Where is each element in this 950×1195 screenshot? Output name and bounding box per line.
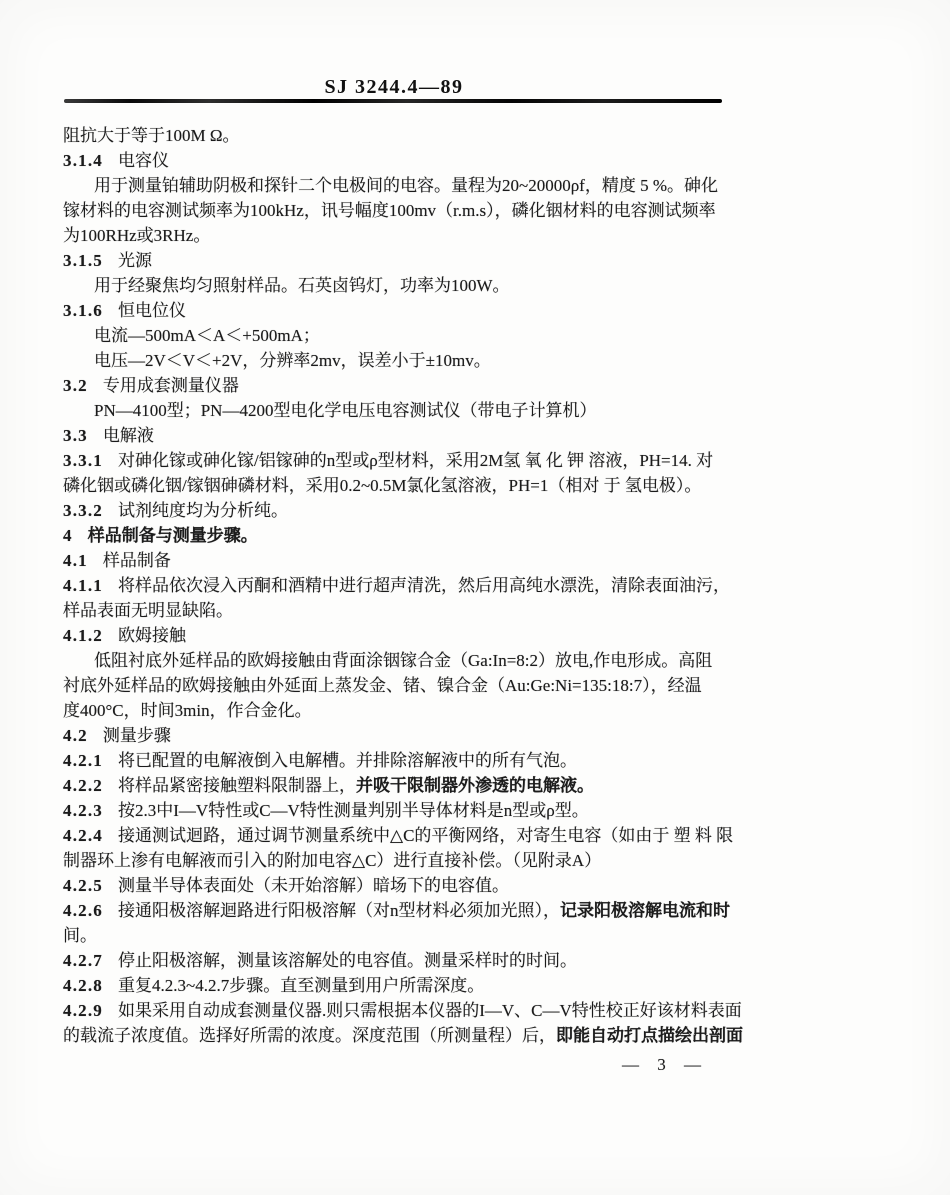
line-text-emphasis: 记录阳极溶解电流和时 [560, 901, 730, 920]
section-paragraph: 4.2.5测量半导体表面处（未开始溶解）暗场下的电容值。 [63, 873, 733, 898]
text-line: 样品表面无明显缺陷。 [63, 598, 733, 623]
text-line: 为100RHz或3RHz。 [63, 223, 733, 248]
section-heading: 3.3电解液 [63, 423, 733, 448]
line-text: 磷化铟或磷化铟/镓铟砷磷材料，采用0.2~0.5M氯化氢溶液，PH=1（相对 于… [63, 476, 701, 495]
line-text: 样品表面无明显缺陷。 [63, 601, 233, 620]
line-text: 电压—2V＜V＜+2V，分辨率2mv，误差小于±10mv。 [94, 351, 491, 370]
section-number: 4.2.1 [63, 751, 103, 770]
section-title: 电解液 [103, 426, 154, 445]
section-number: 3.2 [63, 376, 88, 395]
line-text-emphasis: 并吸干限制器外渗透的电解液。 [356, 776, 594, 795]
section-number: 3.3 [63, 426, 88, 445]
line-text: 阻抗大于等于100M Ω。 [63, 126, 240, 145]
section-number: 4.2.8 [63, 976, 103, 995]
line-text: 如果采用自动成套测量仪器.则只需根据本仪器的I—V、C—V特性校正好该材料表面 [118, 1001, 742, 1020]
section-title: 欧姆接触 [118, 626, 186, 645]
text-line: 的载流子浓度值。选择好所需的浓度。深度范围（所测量程）后，即能自动打点描绘出剖面 [63, 1023, 733, 1048]
section-number: 3.1.4 [63, 151, 103, 170]
section-number: 4.2.4 [63, 826, 103, 845]
line-text: 接通测试迴路，通过调节测量系统中△C的平衡网络，对寄生电容（如由于 塑 料 限 [118, 826, 733, 845]
text-line: 电压—2V＜V＜+2V，分辨率2mv，误差小于±10mv。 [63, 348, 733, 373]
document-body: 阻抗大于等于100M Ω。 3.1.4电容仪 用于测量铂辅助阴极和探针二个电极间… [63, 123, 733, 1048]
section-heading: 3.1.5光源 [63, 248, 733, 273]
line-text: 用于经聚焦均匀照射样品。石英卤钨灯，功率为100W。 [94, 276, 510, 295]
section-number: 4.2.3 [63, 801, 103, 820]
section-title: 恒电位仪 [118, 301, 186, 320]
section-heading: 4.2测量步骤 [63, 723, 733, 748]
section-number: 3.1.6 [63, 301, 103, 320]
section-title: 样品制备与测量步骤。 [88, 526, 258, 545]
text-line: 间。 [63, 923, 733, 948]
text-line: 镓材料的电容测试频率为100kHz，讯号幅度100mv（r.m.s），磷化铟材料… [63, 198, 733, 223]
section-number: 4.1 [63, 551, 88, 570]
line-text: 为100RHz或3RHz。 [63, 226, 210, 245]
text-line: 衬底外延样品的欧姆接触由外延面上蒸发金、锗、镍合金（Au:Ge:Ni=135:1… [63, 673, 733, 698]
section-number: 4.2.5 [63, 876, 103, 895]
chapter-heading: 4样品制备与测量步骤。 [63, 523, 733, 548]
section-number: 4.2.2 [63, 776, 103, 795]
line-text: 接通阳极溶解迴路进行阳极溶解（对n型材料必须加光照）， [118, 901, 560, 920]
section-paragraph: 4.2.1将已配置的电解液倒入电解槽。并排除溶解液中的所有气泡。 [63, 748, 733, 773]
section-number: 3.3.2 [63, 501, 103, 520]
line-text: 度400°C，时间3min，作合金化。 [63, 701, 312, 720]
section-title: 光源 [118, 251, 152, 270]
doc-code: SJ 3244.4—89 [63, 76, 725, 99]
line-text: 试剂纯度均为分析纯。 [118, 501, 288, 520]
line-text: 将样品依次浸入丙酮和酒精中进行超声清洗，然后用高纯水漂洗，清除表面油污， [118, 576, 730, 595]
line-text: 测量半导体表面处（未开始溶解）暗场下的电容值。 [118, 876, 509, 895]
section-title: 电容仪 [118, 151, 169, 170]
line-text: 低阻衬底外延样品的欧姆接触由背面涂铟镓合金（Ga:In=8:2）放电,作电形成。… [94, 651, 712, 670]
section-heading: 4.1.2欧姆接触 [63, 623, 733, 648]
section-number: 4.2.9 [63, 1001, 103, 1020]
line-text: 间。 [63, 926, 97, 945]
section-number: 4.2.6 [63, 901, 103, 920]
section-number: 4.2.7 [63, 951, 103, 970]
line-text: 重复4.2.3~4.2.7步骤。直至测量到用户所需深度。 [118, 976, 484, 995]
section-paragraph: 4.2.3按2.3中I—V特性或C—V特性测量判别半导体材料是n型或ρ型。 [63, 798, 733, 823]
line-text: 将样品紧密接触塑料限制器上， [118, 776, 356, 795]
section-title: 专用成套测量仪器 [103, 376, 239, 395]
line-text: 镓材料的电容测试频率为100kHz，讯号幅度100mv（r.m.s），磷化铟材料… [63, 201, 716, 220]
section-number: 3.1.5 [63, 251, 103, 270]
section-heading: 3.2专用成套测量仪器 [63, 373, 733, 398]
section-paragraph: 4.2.4接通测试迴路，通过调节测量系统中△C的平衡网络，对寄生电容（如由于 塑… [63, 823, 733, 848]
line-text: 对砷化镓或砷化镓/铝镓砷的n型或ρ型材料，采用2M氢 氧 化 钾 溶液，PH=1… [118, 451, 713, 470]
line-text: 停止阳极溶解，测量该溶解处的电容值。测量采样时的时间。 [118, 951, 577, 970]
line-text: 电流—500mA＜A＜+500mA； [94, 326, 320, 345]
line-text-emphasis: 即能自动打点描绘出剖面 [556, 1026, 743, 1045]
section-title: 样品制备 [103, 551, 171, 570]
text-line: 度400°C，时间3min，作合金化。 [63, 698, 733, 723]
header-rule [64, 99, 722, 103]
line-text: PN—4100型；PN—4200型电化学电压电容测试仪（带电子计算机） [94, 401, 596, 420]
section-number: 4.1.2 [63, 626, 103, 645]
line-text: 用于测量铂辅助阴极和探针二个电极间的电容。量程为20~20000ρf，精度 5 … [94, 176, 718, 195]
text-line: 电流—500mA＜A＜+500mA； [63, 323, 733, 348]
line-text: 衬底外延样品的欧姆接触由外延面上蒸发金、锗、镍合金（Au:Ge:Ni=135:1… [63, 676, 702, 695]
line-text: 将已配置的电解液倒入电解槽。并排除溶解液中的所有气泡。 [118, 751, 577, 770]
section-title: 测量步骤 [103, 726, 171, 745]
text-line: 用于经聚焦均匀照射样品。石英卤钨灯，功率为100W。 [63, 273, 733, 298]
section-number: 4.2 [63, 726, 88, 745]
scanned-document-page: SJ 3244.4—89 阻抗大于等于100M Ω。 3.1.4电容仪 用于测量… [0, 0, 950, 1195]
line-text: 的载流子浓度值。选择好所需的浓度。深度范围（所测量程）后， [63, 1026, 556, 1045]
section-number: 3.3.1 [63, 451, 103, 470]
text-line: 制器环上渗有电解液而引入的附加电容△C）进行直接补偿。（见附录A） [63, 848, 733, 873]
section-number: 4.1.1 [63, 576, 103, 595]
line-text: 按2.3中I—V特性或C—V特性测量判别半导体材料是n型或ρ型。 [118, 801, 589, 820]
section-number: 4 [63, 526, 73, 545]
section-paragraph: 4.2.7停止阳极溶解，测量该溶解处的电容值。测量采样时的时间。 [63, 948, 733, 973]
page-number: — 3 — [63, 1055, 708, 1075]
text-line: 用于测量铂辅助阴极和探针二个电极间的电容。量程为20~20000ρf，精度 5 … [63, 173, 733, 198]
text-line: 磷化铟或磷化铟/镓铟砷磷材料，采用0.2~0.5M氯化氢溶液，PH=1（相对 于… [63, 473, 733, 498]
section-heading: 3.1.6恒电位仪 [63, 298, 733, 323]
section-paragraph: 4.2.2将样品紧密接触塑料限制器上，并吸干限制器外渗透的电解液。 [63, 773, 733, 798]
line-text: 制器环上渗有电解液而引入的附加电容△C）进行直接补偿。（见附录A） [63, 851, 601, 870]
section-paragraph: 3.3.2试剂纯度均为分析纯。 [63, 498, 733, 523]
section-heading: 3.1.4电容仪 [63, 148, 733, 173]
section-paragraph: 4.2.6接通阳极溶解迴路进行阳极溶解（对n型材料必须加光照），记录阳极溶解电流… [63, 898, 733, 923]
section-heading: 4.1样品制备 [63, 548, 733, 573]
section-paragraph: 4.2.9如果采用自动成套测量仪器.则只需根据本仪器的I—V、C—V特性校正好该… [63, 998, 733, 1023]
section-paragraph: 4.2.8重复4.2.3~4.2.7步骤。直至测量到用户所需深度。 [63, 973, 733, 998]
section-paragraph: 4.1.1将样品依次浸入丙酮和酒精中进行超声清洗，然后用高纯水漂洗，清除表面油污… [63, 573, 733, 598]
text-line: PN—4100型；PN—4200型电化学电压电容测试仪（带电子计算机） [63, 398, 733, 423]
section-paragraph: 3.3.1对砷化镓或砷化镓/铝镓砷的n型或ρ型材料，采用2M氢 氧 化 钾 溶液… [63, 448, 733, 473]
text-line: 阻抗大于等于100M Ω。 [63, 123, 733, 148]
text-line: 低阻衬底外延样品的欧姆接触由背面涂铟镓合金（Ga:In=8:2）放电,作电形成。… [63, 648, 733, 673]
